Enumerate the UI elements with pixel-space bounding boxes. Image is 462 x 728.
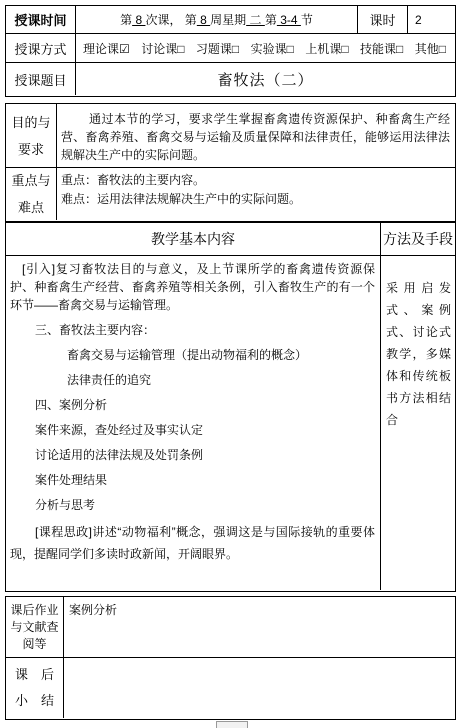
- topic-row: 授课题目 畜牧法（二）: [6, 62, 455, 95]
- content-paragraph-section4: 四、案例分析: [10, 396, 375, 414]
- key-point-line: 重点：畜牧法的主要内容。: [61, 171, 301, 190]
- teaching-time-label: 授课时间: [6, 6, 75, 33]
- time-seg-week-no: 8: [197, 13, 210, 27]
- teaching-method-row: 授课方式 理论课☑ 讨论课□ 习题课□ 实验课□ 上机课□ 技能课□ 其他□: [6, 33, 455, 62]
- summary-row: 课 后 小 结: [6, 657, 455, 718]
- objectives-label-line1: 目的与: [11, 109, 50, 136]
- key-points-label-line1: 重点与: [11, 167, 50, 194]
- summary-value-cell: [63, 658, 455, 718]
- time-seg: 次课， 第: [145, 11, 196, 28]
- class-hours-label: 课时: [357, 6, 407, 33]
- homework-label-cell: 课后作业与文献查阅等: [6, 597, 63, 657]
- content-paragraph: 案件处理结果: [10, 471, 375, 489]
- content-paragraph: 分析与思考: [10, 496, 375, 514]
- key-points-label-line2: 难点: [11, 194, 50, 221]
- objectives-label-line2: 要求: [11, 136, 50, 163]
- time-seg-weekday: 二: [246, 11, 265, 28]
- methods-header: 方法及手段: [380, 223, 455, 255]
- homework-value: 案例分析: [64, 597, 117, 618]
- objectives-row: 目的与 要求 通过本节的学习，要求学生掌握畜禽遗传资源保护、种畜禽生产经营、畜禽…: [6, 104, 455, 167]
- homework-value-cell: 案例分析: [63, 597, 455, 657]
- objectives-text: 通过本节的学习，要求学生掌握畜禽遗传资源保护、种畜禽生产经营、畜禽养殖、畜禽交易…: [61, 110, 450, 164]
- checkbox-discussion-class[interactable]: 讨论课□: [141, 40, 184, 57]
- key-points-text-cell: 重点：畜牧法的主要内容。 难点：运用法律法规解决生产中的实际问题。: [56, 168, 455, 220]
- content-paragraph-ideology: [课程思政]讲述“动物福利”概念，强调这是与国际接轨的重要体现，提醒同学们多读时…: [10, 521, 375, 565]
- checkbox-skill-class[interactable]: 技能课□: [360, 40, 403, 57]
- checkbox-computer-class[interactable]: 上机课□: [305, 40, 348, 57]
- homework-label: 课后作业与文献查阅等: [9, 602, 61, 653]
- content-paragraph: 畜禽交易与运输管理（提出动物福利的概念）: [10, 346, 375, 364]
- topic-label: 授课题目: [6, 63, 75, 95]
- time-seg-session-no: 8: [132, 13, 145, 27]
- time-seg: 周星期: [210, 11, 246, 28]
- time-seg-period: 3-4: [277, 13, 301, 27]
- teaching-method-options: 理论课☑ 讨论课□ 习题课□ 实验课□ 上机课□ 技能课□ 其他□: [75, 34, 455, 62]
- header-table: 授课时间 第 8 次课， 第 8 周星期 二 第 3-4 节 课时 2 授课方式…: [5, 5, 456, 97]
- checkbox-experiment-class[interactable]: 实验课□: [251, 40, 294, 57]
- content-paragraph: 法律责任的追究: [10, 371, 375, 389]
- content-paragraph-section3: 三、畜牧法主要内容：: [10, 321, 375, 339]
- teaching-time-value: 第 8 次课， 第 8 周星期 二 第 3-4 节: [75, 6, 357, 33]
- checkbox-exercise-class[interactable]: 习题课□: [196, 40, 239, 57]
- methods-text: 采用启发式、案例式、讨论式教学，多媒体和传统板书方法相结合: [380, 256, 455, 590]
- content-paragraphs: [引入]复习畜牧法目的与意义，及上节课所学的畜禽遗传资源保护、种畜禽生产经营、畜…: [6, 256, 380, 590]
- checkbox-theory-class[interactable]: 理论课☑: [83, 40, 130, 57]
- time-seg: 第: [120, 11, 132, 28]
- content-paragraph: 讨论适用的法律法规及处罚条例: [10, 446, 375, 464]
- time-seg: 节: [301, 11, 313, 28]
- content-header: 教学基本内容: [6, 223, 380, 255]
- teaching-time-row: 授课时间 第 8 次课， 第 8 周星期 二 第 3-4 节 课时 2: [6, 6, 455, 33]
- summary-label-cell: 课 后 小 结: [6, 658, 63, 718]
- objectives-label: 目的与 要求: [6, 104, 56, 167]
- checkbox-other-class[interactable]: 其他□: [415, 40, 446, 57]
- content-paragraph: 案件来源，查处经过及事实认定: [10, 421, 375, 439]
- content-body-row: [引入]复习畜牧法目的与意义，及上节课所学的畜禽遗传资源保护、种畜禽生产经营、畜…: [6, 255, 455, 590]
- homework-table: 课后作业与文献查阅等 案例分析 课 后 小 结: [5, 596, 456, 720]
- summary-label-line2: 小 结: [15, 688, 54, 714]
- summary-label-line1: 课 后: [15, 662, 54, 688]
- objectives-text-cell: 通过本节的学习，要求学生掌握畜禽遗传资源保护、种畜禽生产经营、畜禽养殖、畜禽交易…: [56, 104, 455, 167]
- key-points-label: 重点与 难点: [6, 168, 56, 220]
- homework-row: 课后作业与文献查阅等 案例分析: [6, 597, 455, 657]
- key-points-row: 重点与 难点 重点：畜牧法的主要内容。 难点：运用法律法规解决生产中的实际问题。: [6, 167, 455, 220]
- difficulty-line: 难点：运用法律法规解决生产中的实际问题。: [61, 190, 301, 209]
- class-hours-value: 2: [407, 6, 455, 33]
- topic-value: 畜牧法（二）: [75, 63, 455, 95]
- time-seg: 第: [265, 11, 277, 28]
- page-break-marker: [216, 721, 248, 728]
- teaching-method-label: 授课方式: [6, 34, 75, 62]
- content-header-row: 教学基本内容 方法及手段: [6, 223, 455, 255]
- objectives-table: 目的与 要求 通过本节的学习，要求学生掌握畜禽遗传资源保护、种畜禽生产经营、畜禽…: [5, 103, 456, 222]
- content-paragraph-intro: [引入]复习畜牧法目的与意义，及上节课所学的畜禽遗传资源保护、种畜禽生产经营、畜…: [10, 260, 375, 314]
- content-table: 教学基本内容 方法及手段 [引入]复习畜牧法目的与意义，及上节课所学的畜禽遗传资…: [5, 222, 456, 592]
- lesson-plan-page: { "header": { "time_label": "授课时间", "tim…: [0, 0, 462, 728]
